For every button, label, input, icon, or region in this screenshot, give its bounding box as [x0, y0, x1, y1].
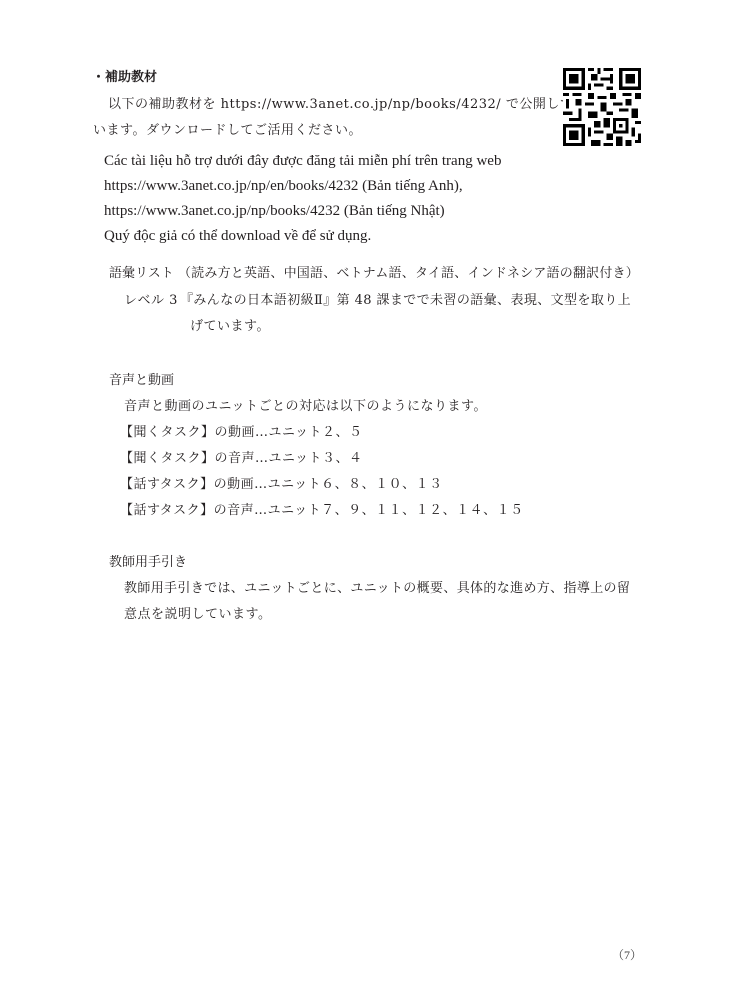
vietnamese-line-4: Quý độc giả có thể download về để sử dụn…: [104, 228, 371, 245]
teacher-guide-line-1: 教師用手引きでは、ユニットごとに、ユニットの概要、具体的な進め方、指導上の留: [124, 577, 630, 596]
audio-video-item: 【聞くタスク】の動画…ユニット２、５: [120, 421, 362, 440]
audio-video-item: 【聞くタスク】の音声…ユニット３、４: [120, 447, 362, 466]
vocab-level-label: レベル 3: [124, 289, 178, 308]
vietnamese-line-2: https://www.3anet.co.jp/np/en/books/4232…: [104, 178, 463, 195]
audio-video-title: 音声と動画: [109, 369, 174, 388]
vietnamese-line-1: Các tài liệu hỗ trợ dưới đây được đăng t…: [104, 153, 501, 170]
supplementary-text-line-1: 以下の補助教材を https://www.3anet.co.jp/np/book…: [108, 93, 573, 112]
teacher-guide-line-2: 意点を説明しています。: [124, 603, 271, 622]
vietnamese-line-3: https://www.3anet.co.jp/np/books/4232 (B…: [104, 203, 445, 220]
supplementary-heading: ・補助教材: [92, 66, 157, 85]
qr-code-image[interactable]: [563, 68, 641, 146]
page-number: （7）: [612, 946, 642, 963]
audio-video-item: 【話すタスク】の動画…ユニット６、８、１０、１３: [120, 473, 443, 492]
audio-video-intro: 音声と動画のユニットごとの対応は以下のようになります。: [124, 395, 487, 414]
vocab-title: 語彙リスト: [109, 262, 174, 281]
teacher-guide-title: 教師用手引き: [109, 551, 187, 570]
supplementary-text-line-2: います。ダウンロードしてご活用ください。: [93, 119, 362, 138]
vocab-level-desc-line-2: げています。: [190, 315, 270, 334]
vocab-note: （読み方と英語、中国語、ベトナム語、タイ語、インドネシア語の翻訳付き）: [178, 262, 639, 281]
audio-video-item: 【話すタスク】の音声…ユニット７、９、１１、１２、１４、１５: [120, 499, 524, 518]
vocab-level-desc-line-1: 『みんなの日本語初級Ⅱ』第 48 課までで未習の語彙、表現、文型を取り上: [180, 289, 631, 308]
